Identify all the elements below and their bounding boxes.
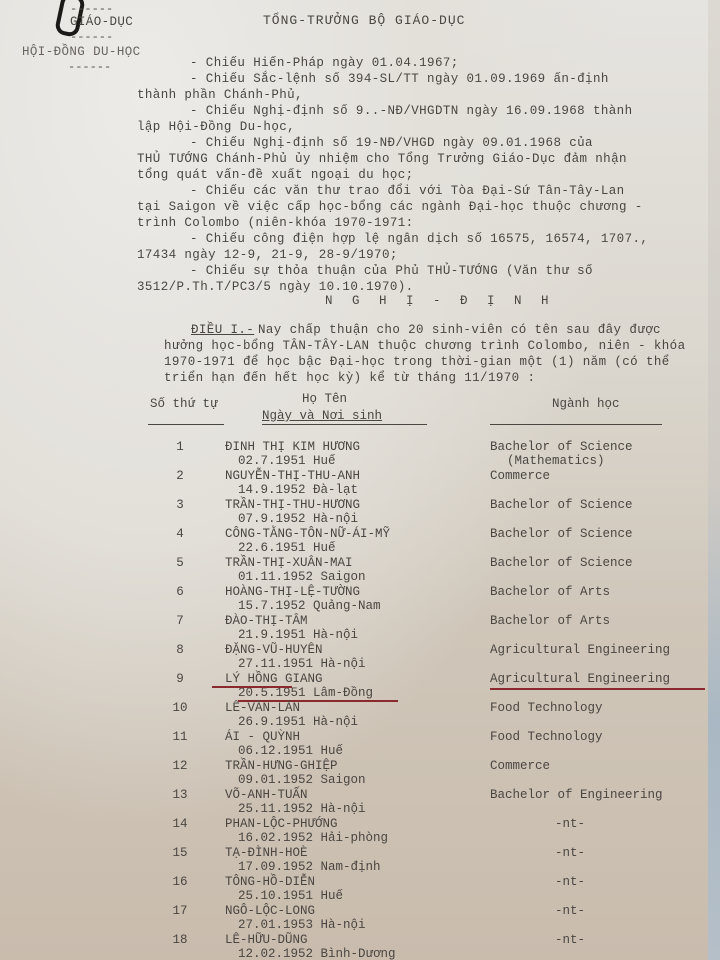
preamble-line: - Chiếu sự thỏa thuận của Phủ THỦ-TƯỚNG … xyxy=(190,264,593,278)
student-name: ĐINH THỊ KIM HƯƠNG xyxy=(225,440,360,454)
row-number: 14 xyxy=(170,817,190,831)
student-name: LÊ-VĂN-LÂN xyxy=(225,701,300,715)
preamble-line: tổng quát vấn-đề xuất ngoại du học; xyxy=(137,168,414,182)
major: -nt- xyxy=(555,817,585,831)
preamble-line: - Chiếu các văn thư trao đổi với Tòa Đại… xyxy=(190,184,625,198)
row-number: 16 xyxy=(170,875,190,889)
major: -nt- xyxy=(555,846,585,860)
student-name: CÔNG-TẰNG-TÔN-NỮ-ÁI-MỸ xyxy=(225,527,390,541)
student-name: TẠ-ĐÌNH-HOÈ xyxy=(225,846,308,860)
birth-date-place: 22.6.1951 Huế xyxy=(238,541,336,555)
header-rule xyxy=(490,424,662,425)
row-number: 15 xyxy=(170,846,190,860)
birth-date-place: 20.5.1951 Lâm-Đồng xyxy=(238,686,373,700)
student-name: PHAN-LỘC-PHƯỚNG xyxy=(225,817,338,831)
row-number: 3 xyxy=(170,498,190,512)
student-name: TRẦN-THỊ-XUÂN-MAI xyxy=(225,556,353,570)
column-header-name: Họ Tên xyxy=(302,392,347,406)
preamble-line: trình Colombo (niên-khóa 1970-1971: xyxy=(137,216,414,230)
red-underline xyxy=(212,686,292,688)
birth-date-place: 12.02.1952 Bình-Dương xyxy=(238,947,396,960)
birth-date-place: 17.09.1952 Nam-định xyxy=(238,860,381,874)
header-rule xyxy=(262,424,427,425)
birth-date-place: 14.9.1952 Đà-lạt xyxy=(238,483,358,497)
document-page: ------ GIÁO-DỤC ------ HỘI-ĐỒNG DU-HỌC -… xyxy=(0,0,709,960)
preamble-line: - Chiếu Sắc-lệnh số 394-SL/TT ngày 01.09… xyxy=(190,72,609,86)
dash-rule: ------ xyxy=(70,2,113,16)
student-name: HOÀNG-THỊ-LỆ-TƯỜNG xyxy=(225,585,360,599)
header-ministry: GIÁO-DỤC xyxy=(70,15,133,29)
preamble-line: - Chiếu Nghị-định số 19-NĐ/VHGD ngày 09.… xyxy=(190,136,593,150)
dash-rule: ------ xyxy=(68,60,111,74)
birth-date-place: 02.7.1951 Huế xyxy=(238,454,336,468)
major: Bachelor of Science xyxy=(490,556,633,570)
major: Food Technology xyxy=(490,730,603,744)
decree-title: N G H Ị - Đ Ị N H xyxy=(325,294,555,308)
student-name: TRẦN-HƯNG-GHIỆP xyxy=(225,759,338,773)
preamble-line: - Chiếu công điện hợp lệ ngân dịch số 16… xyxy=(190,232,648,246)
major: Commerce xyxy=(490,469,550,483)
header-council: HỘI-ĐỒNG DU-HỌC xyxy=(22,45,141,59)
column-header-birth: Ngày và Nơi sinh xyxy=(262,409,382,423)
birth-date-place: 16.02.1952 Hải-phòng xyxy=(238,831,388,845)
major: -nt- xyxy=(555,904,585,918)
major: Bachelor of Science xyxy=(490,527,633,541)
row-number: 7 xyxy=(170,614,190,628)
red-underline xyxy=(490,688,705,690)
major: Agricultural Engineering xyxy=(490,672,670,686)
birth-date-place: 06.12.1951 Huế xyxy=(238,744,343,758)
student-name: TRẦN-THỊ-THU-HƯƠNG xyxy=(225,498,360,512)
major-detail: (Mathematics) xyxy=(507,454,605,468)
column-header-number: Số thứ tự xyxy=(150,397,218,411)
major: Bachelor of Science xyxy=(490,440,633,454)
birth-date-place: 21.9.1951 Hà-nội xyxy=(238,628,358,642)
major: -nt- xyxy=(555,875,585,889)
row-number: 12 xyxy=(170,759,190,773)
background-edge xyxy=(708,0,720,960)
birth-date-place: 25.11.1952 Hà-nội xyxy=(238,802,366,816)
dash-rule: ------ xyxy=(70,30,113,44)
preamble-line: 17434 ngày 12-9, 21-9, 28-9/1970; xyxy=(137,248,398,262)
student-name: ĐÀO-THỊ-TÂM xyxy=(225,614,308,628)
student-name: LÝ HỒNG GIANG xyxy=(225,672,323,686)
header-rule xyxy=(148,424,224,425)
preamble-line: lập Hội-Đồng Du-học, xyxy=(137,120,295,134)
birth-date-place: 09.01.1952 Saigon xyxy=(238,773,366,787)
preamble-line: tại Saigon về việc cấp học-bổng các ngàn… xyxy=(137,200,643,214)
birth-date-place: 25.10.1951 Huế xyxy=(238,889,343,903)
birth-date-place: 07.9.1952 Hà-nội xyxy=(238,512,358,526)
row-number: 2 xyxy=(170,469,190,483)
major: Agricultural Engineering xyxy=(490,643,670,657)
student-name: ĐẶNG-VŨ-HUYÊN xyxy=(225,643,323,657)
major: Bachelor of Arts xyxy=(490,585,610,599)
preamble-line: 3512/P.Th.T/PC3/5 ngày 10.10.1970). xyxy=(137,280,414,294)
major: Bachelor of Engineering xyxy=(490,788,663,802)
student-name: VÕ-ANH-TUẤN xyxy=(225,788,308,802)
birth-date-place: 27.11.1951 Hà-nội xyxy=(238,657,366,671)
row-number: 6 xyxy=(170,585,190,599)
major: Food Technology xyxy=(490,701,603,715)
student-name: ÁI - QUỲNH xyxy=(225,730,300,744)
article-line: triển hạn đến hết học kỳ) kể từ tháng 11… xyxy=(164,371,535,385)
row-number: 5 xyxy=(170,556,190,570)
preamble-line: thành phần Chánh-Phủ, xyxy=(137,88,303,102)
birth-date-place: 27.01.1953 Hà-nội xyxy=(238,918,366,932)
student-name: NGUYỄN-THỊ-THU-ANH xyxy=(225,469,360,483)
preamble-line: - Chiếu Hiến-Pháp ngày 01.04.1967; xyxy=(190,56,459,70)
major: Commerce xyxy=(490,759,550,773)
preamble-line: THỦ TƯỚNG Chánh-Phủ ủy nhiệm cho Tổng Tr… xyxy=(137,152,627,166)
row-number: 4 xyxy=(170,527,190,541)
major: -nt- xyxy=(555,933,585,947)
major: Bachelor of Science xyxy=(490,498,633,512)
row-number: 13 xyxy=(170,788,190,802)
column-header-major: Ngành học xyxy=(552,397,620,411)
student-name: TÔNG-HỒ-DIỄN xyxy=(225,875,315,889)
row-number: 1 xyxy=(170,440,190,454)
birth-date-place: 26.9.1951 Hà-nội xyxy=(238,715,358,729)
article-line: 1970-1971 để học bậc Đại-học trong thời-… xyxy=(164,355,670,369)
article-label: ĐIỀU I.- xyxy=(191,323,254,337)
birth-date-place: 15.7.1952 Quảng-Nam xyxy=(238,599,381,613)
preamble-line: - Chiếu Nghị-định số 9..-NĐ/VHGDTN ngày … xyxy=(190,104,632,118)
article-line: Nay chấp thuận cho 20 sinh-viên có tên s… xyxy=(258,323,661,337)
student-name: NGÔ-LỘC-LONG xyxy=(225,904,315,918)
article-line: hưởng học-bổng TÂN-TÂY-LAN thuộc chương … xyxy=(164,339,685,353)
row-number: 8 xyxy=(170,643,190,657)
birth-date-place: 01.11.1952 Saigon xyxy=(238,570,366,584)
row-number: 17 xyxy=(170,904,190,918)
row-number: 10 xyxy=(170,701,190,715)
row-number: 9 xyxy=(170,672,190,686)
page-title: TỔNG-TRƯỞNG BỘ GIÁO-DỤC xyxy=(263,13,465,28)
row-number: 18 xyxy=(170,933,190,947)
student-name: LÊ-HỮU-DŨNG xyxy=(225,933,308,947)
major: Bachelor of Arts xyxy=(490,614,610,628)
row-number: 11 xyxy=(170,730,190,744)
